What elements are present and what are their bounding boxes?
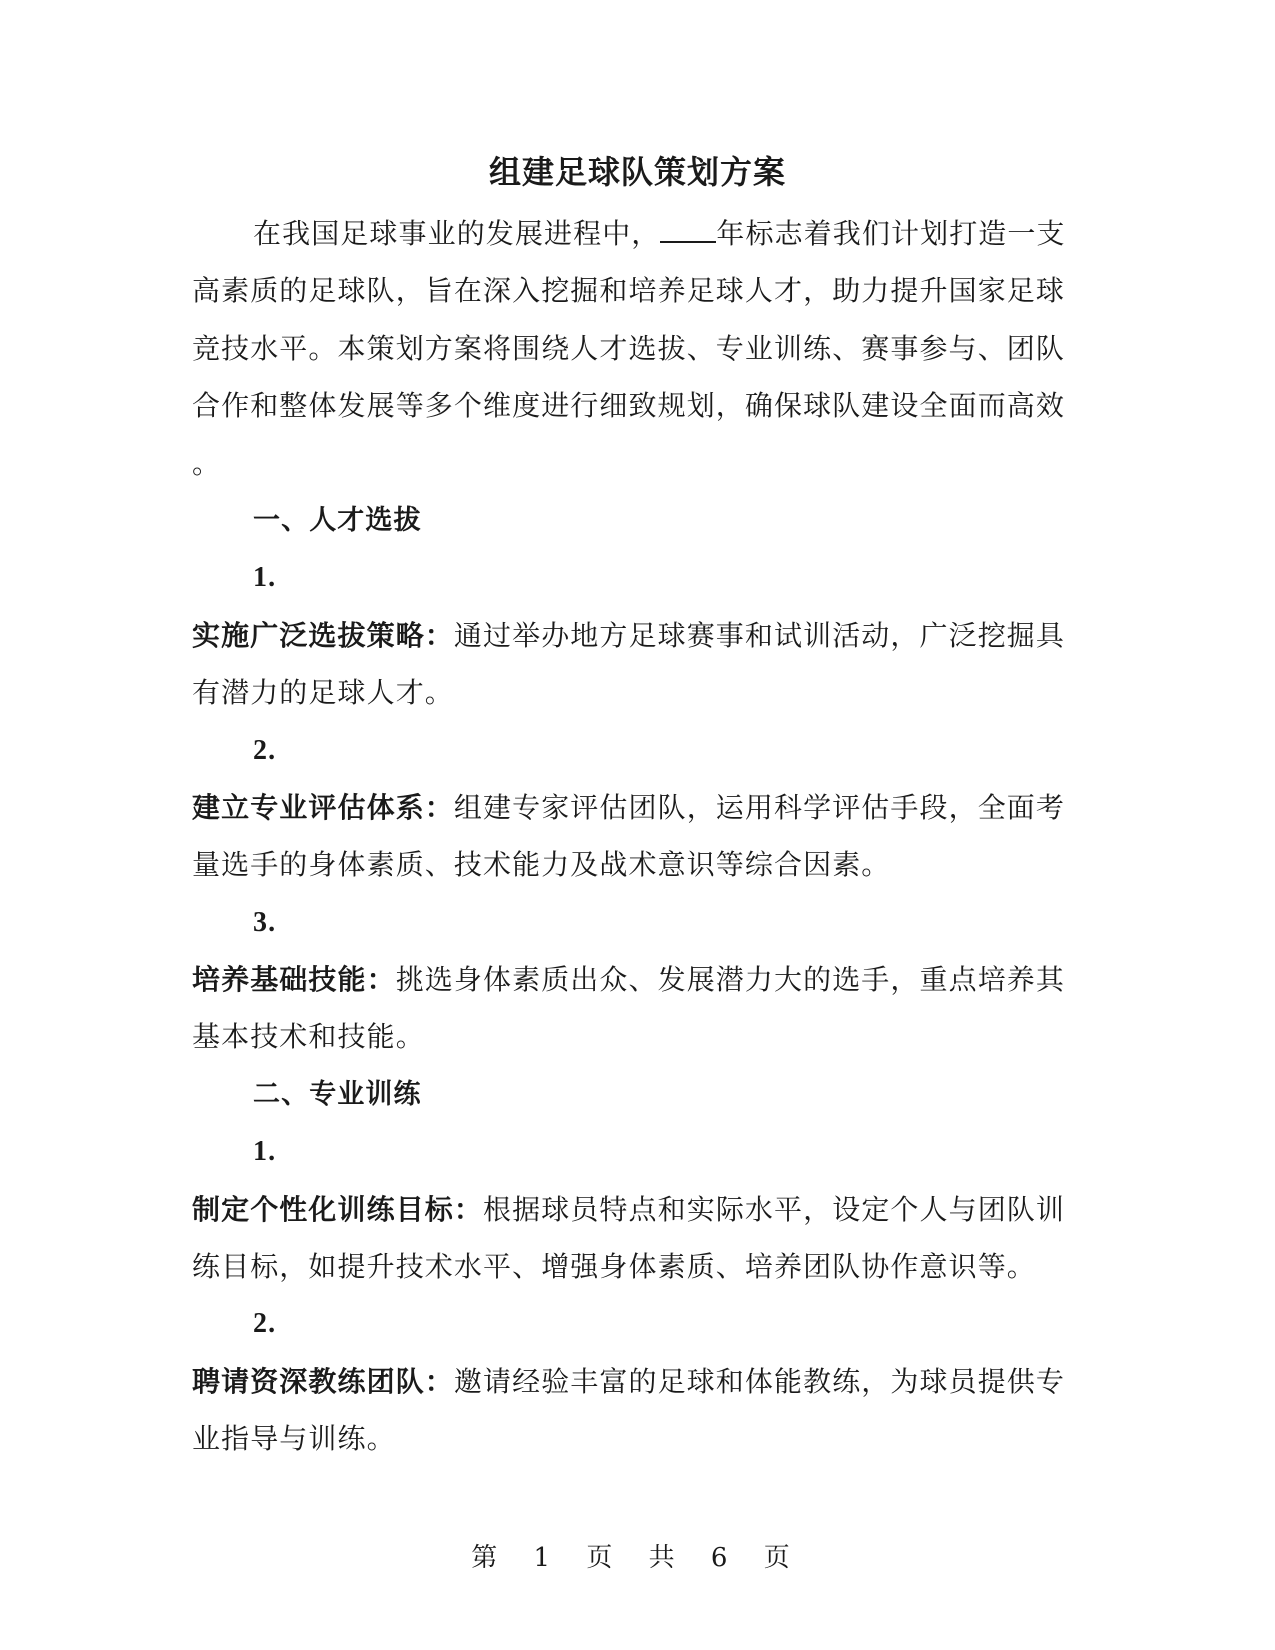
intro-text: 年标志着我们计划打造一支 xyxy=(716,217,1065,250)
document-body: 在我国足球事业的发展进程中，年标志着我们计划打造一支 高素质的足球队，旨在深入挖… xyxy=(192,205,1067,1468)
item-line-continued: 基本技术和技能。 xyxy=(192,1008,1067,1065)
item-number: 3. xyxy=(192,894,1067,951)
page-title: 组建足球队策划方案 xyxy=(0,150,1275,194)
item-number: 1. xyxy=(192,1123,1067,1180)
item-number: 1. xyxy=(192,549,1067,606)
intro-text: 在我国足球事业的发展进程中， xyxy=(253,217,660,250)
item-lead: 培养基础技能： xyxy=(192,963,396,996)
item-line: 培养基础技能：挑选身体素质出众、发展潜力大的选手，重点培养其 xyxy=(192,951,1067,1008)
intro-line-4: 合作和整体发展等多个维度进行细致规划，确保球队建设全面而高效 xyxy=(192,377,1067,434)
item-lead: 实施广泛选拔策略： xyxy=(192,619,454,652)
intro-line-5: 。 xyxy=(192,435,1067,492)
item-line-continued: 量选手的身体素质、技术能力及战术意识等综合因素。 xyxy=(192,836,1067,893)
item-line-continued: 练目标，如提升技术水平、增强身体素质、培养团队协作意识等。 xyxy=(192,1238,1067,1295)
item-line-continued: 业指导与训练。 xyxy=(192,1410,1067,1467)
item-line: 实施广泛选拔策略：通过举办地方足球赛事和试训活动，广泛挖掘具 xyxy=(192,607,1067,664)
intro-line-3: 竞技水平。本策划方案将围绕人才选拔、专业训练、赛事参与、团队 xyxy=(192,320,1067,377)
item-lead: 聘请资深教练团队： xyxy=(192,1365,454,1398)
intro-line-2: 高素质的足球队，旨在深入挖掘和培养足球人才，助力提升国家足球 xyxy=(192,262,1067,319)
item-line: 聘请资深教练团队：邀请经验丰富的足球和体能教练，为球员提供专 xyxy=(192,1353,1067,1410)
item-text: 邀请经验丰富的足球和体能教练，为球员提供专 xyxy=(454,1365,1065,1398)
blank-year-field xyxy=(660,217,716,243)
section-heading: 一、人才选拔 xyxy=(192,492,1067,549)
item-number: 2. xyxy=(192,722,1067,779)
item-text: 挑选身体素质出众、发展潜力大的选手，重点培养其 xyxy=(396,963,1065,996)
item-lead: 建立专业评估体系： xyxy=(192,791,454,824)
item-line-continued: 有潜力的足球人才。 xyxy=(192,664,1067,721)
item-lead: 制定个性化训练目标： xyxy=(192,1193,483,1226)
page-footer: 第 1 页 共 6 页 xyxy=(0,1538,1275,1578)
item-text: 组建专家评估团队，运用科学评估手段，全面考 xyxy=(454,791,1065,824)
item-number: 2. xyxy=(192,1295,1067,1352)
item-line: 制定个性化训练目标：根据球员特点和实际水平，设定个人与团队训 xyxy=(192,1181,1067,1238)
item-line: 建立专业评估体系：组建专家评估团队，运用科学评估手段，全面考 xyxy=(192,779,1067,836)
item-text: 通过举办地方足球赛事和试训活动，广泛挖掘具 xyxy=(454,619,1065,652)
item-text: 根据球员特点和实际水平，设定个人与团队训 xyxy=(483,1193,1065,1226)
intro-line-1: 在我国足球事业的发展进程中，年标志着我们计划打造一支 xyxy=(192,205,1067,262)
section-heading: 二、专业训练 xyxy=(192,1066,1067,1123)
